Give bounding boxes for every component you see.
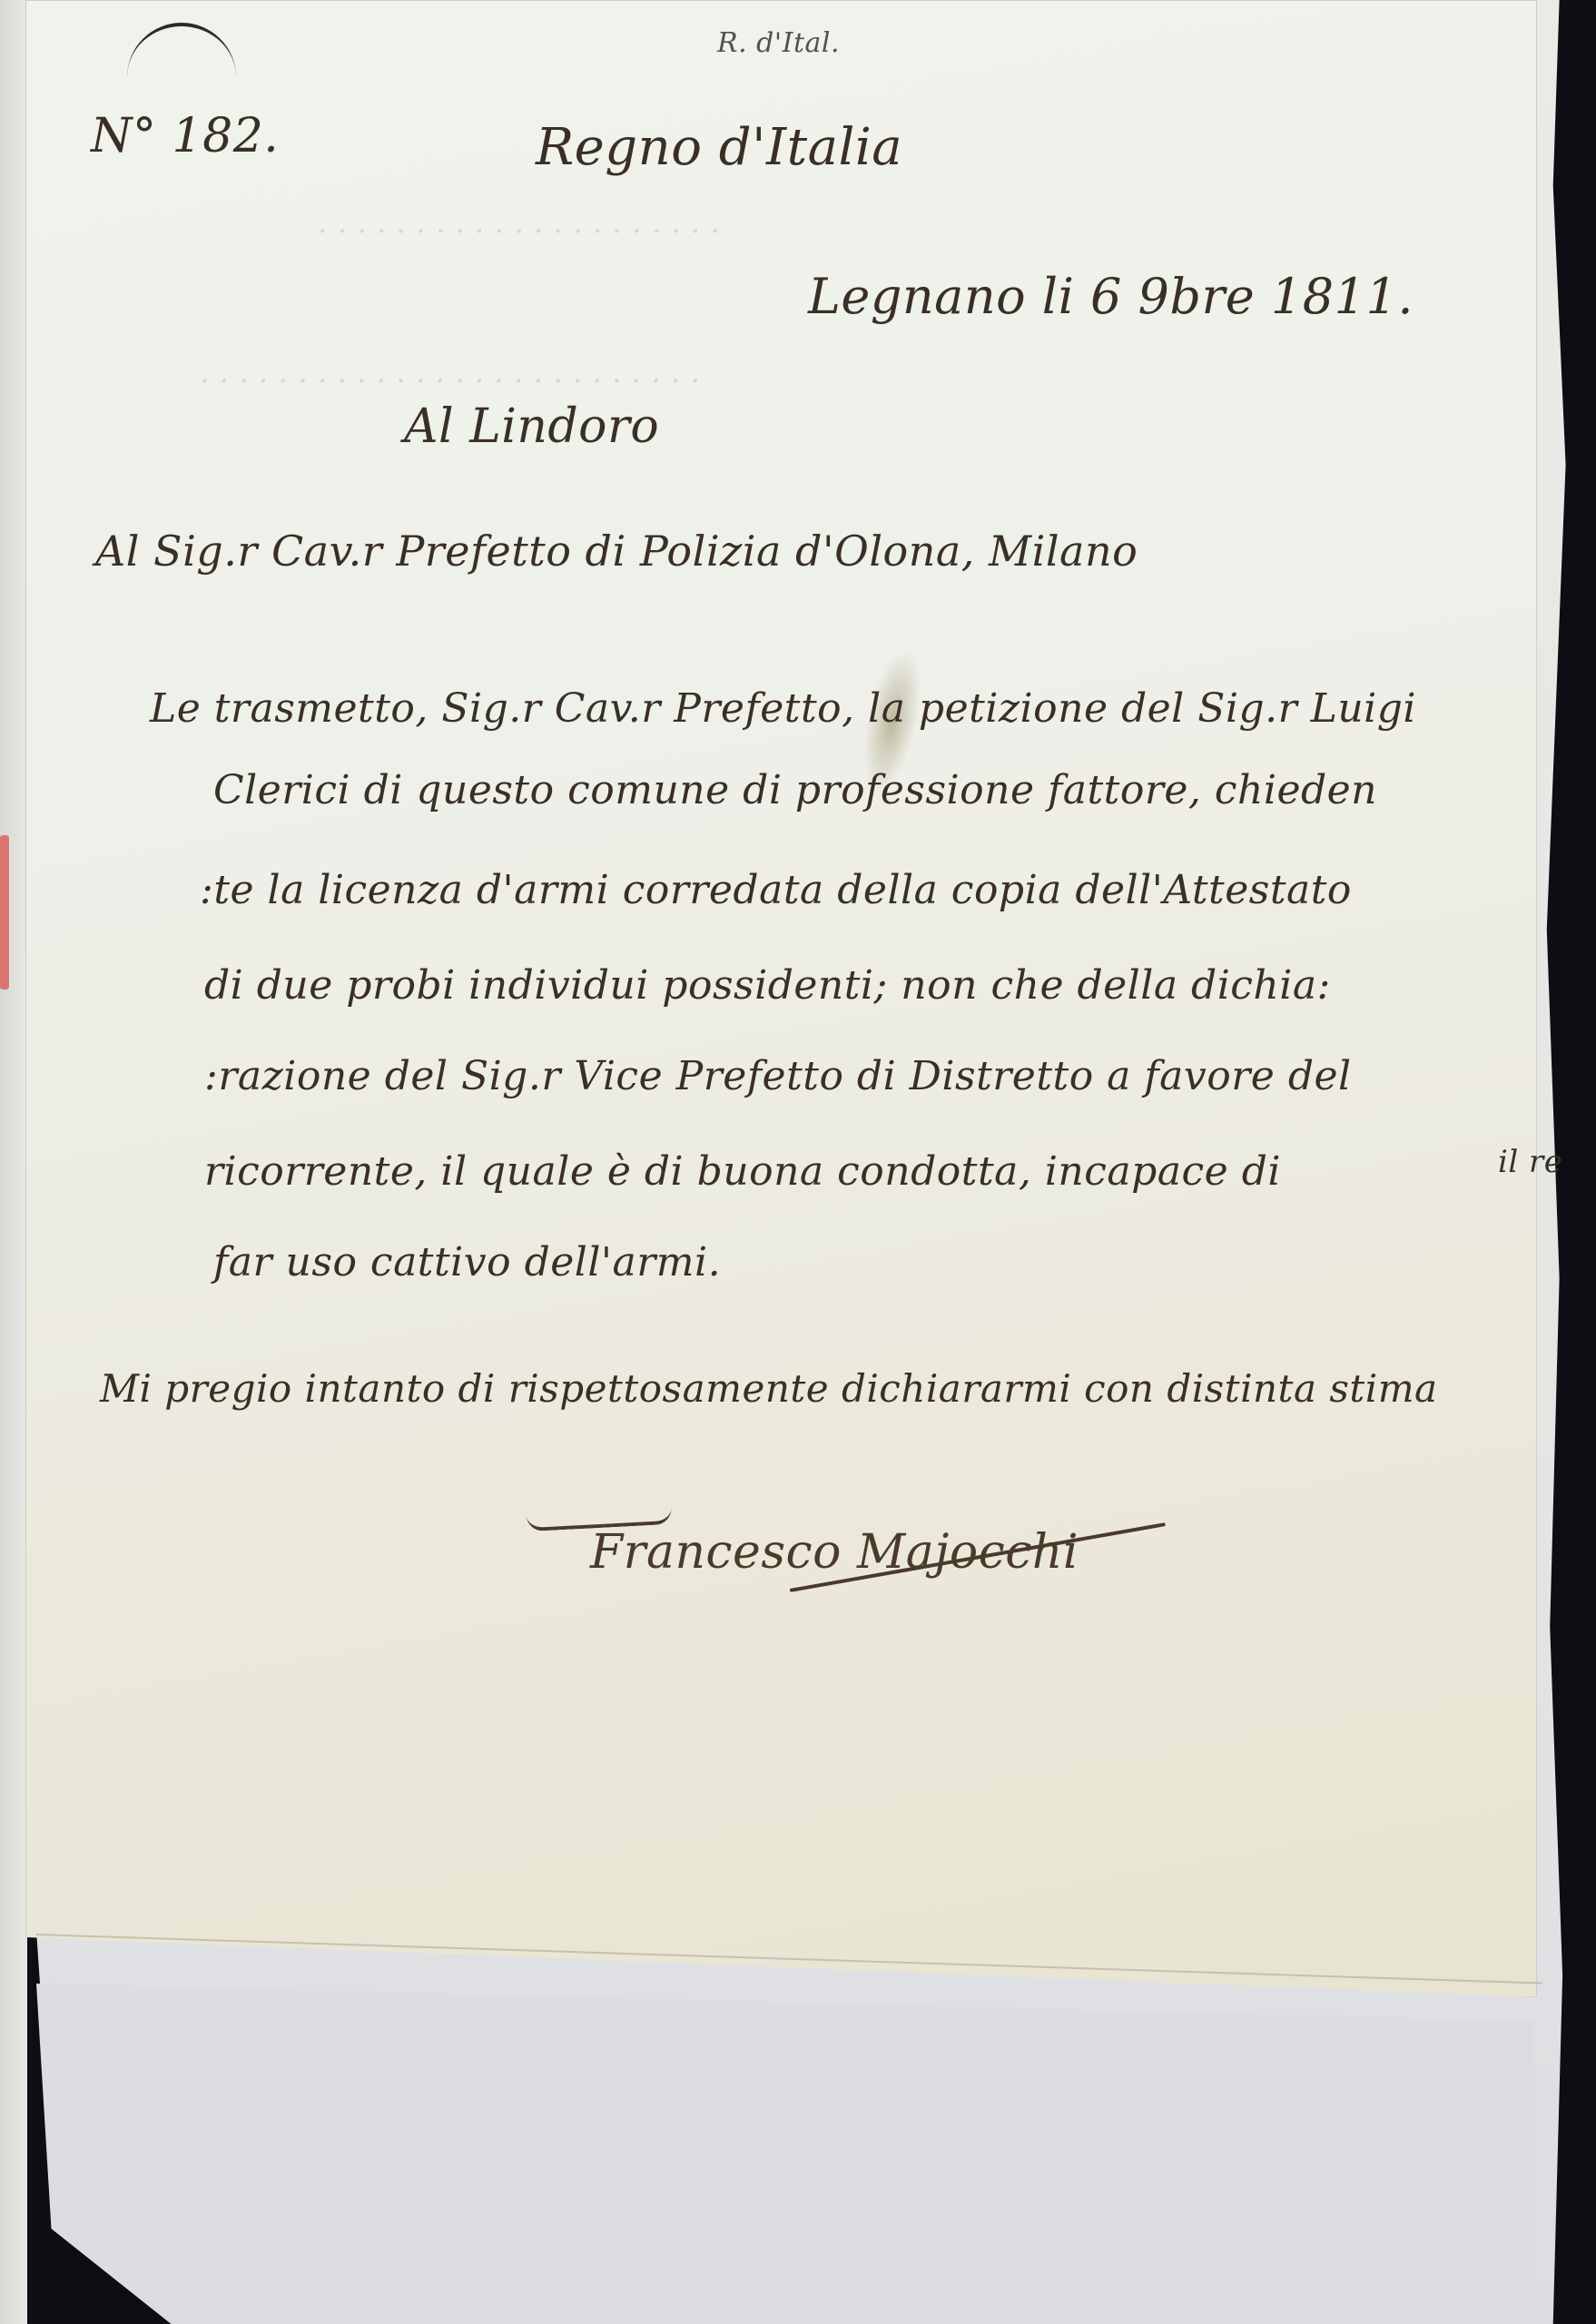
bleed-through-text: · · · · · · · · · · · · · · · · · · · · … <box>200 363 700 399</box>
body-line: Clerici di questo comune di professione … <box>213 767 1377 813</box>
body-line: :te la licenza d'armi corredata della co… <box>200 867 1352 913</box>
faint-top-text: R. d'Ital. <box>717 27 840 59</box>
red-mark <box>0 835 9 990</box>
bleed-through-text: · · · · · · · · · · · · · · · · · · · · … <box>318 213 720 250</box>
addressee: Al Sig.r Cav.r Prefetto di Polizia d'Olo… <box>95 527 1138 576</box>
left-edge-strip <box>0 0 27 2324</box>
protocol-number: N° 182. <box>91 109 279 163</box>
body-line: :razione del Sig.r Vice Prefetto di Dist… <box>204 1053 1352 1099</box>
section-label: Al Lindoro <box>404 399 659 454</box>
body-line: di due probi individui possidenti; non c… <box>204 962 1331 1009</box>
body-line: far uso cattivo dell'armi. <box>213 1239 721 1285</box>
closing-line: Mi pregio intanto di rispettosamente dic… <box>100 1366 1438 1411</box>
letter-heading: Regno d'Italia <box>536 118 902 177</box>
backing-sheet-lower <box>36 1984 1534 2324</box>
place-date: Legnano li 6 9bre 1811. <box>808 268 1414 325</box>
body-line: ricorrente, il quale è di buona condotta… <box>204 1148 1281 1195</box>
body-line: Le trasmetto, Sig.r Cav.r Prefetto, la p… <box>150 685 1416 732</box>
margin-note: il re <box>1498 1144 1562 1180</box>
